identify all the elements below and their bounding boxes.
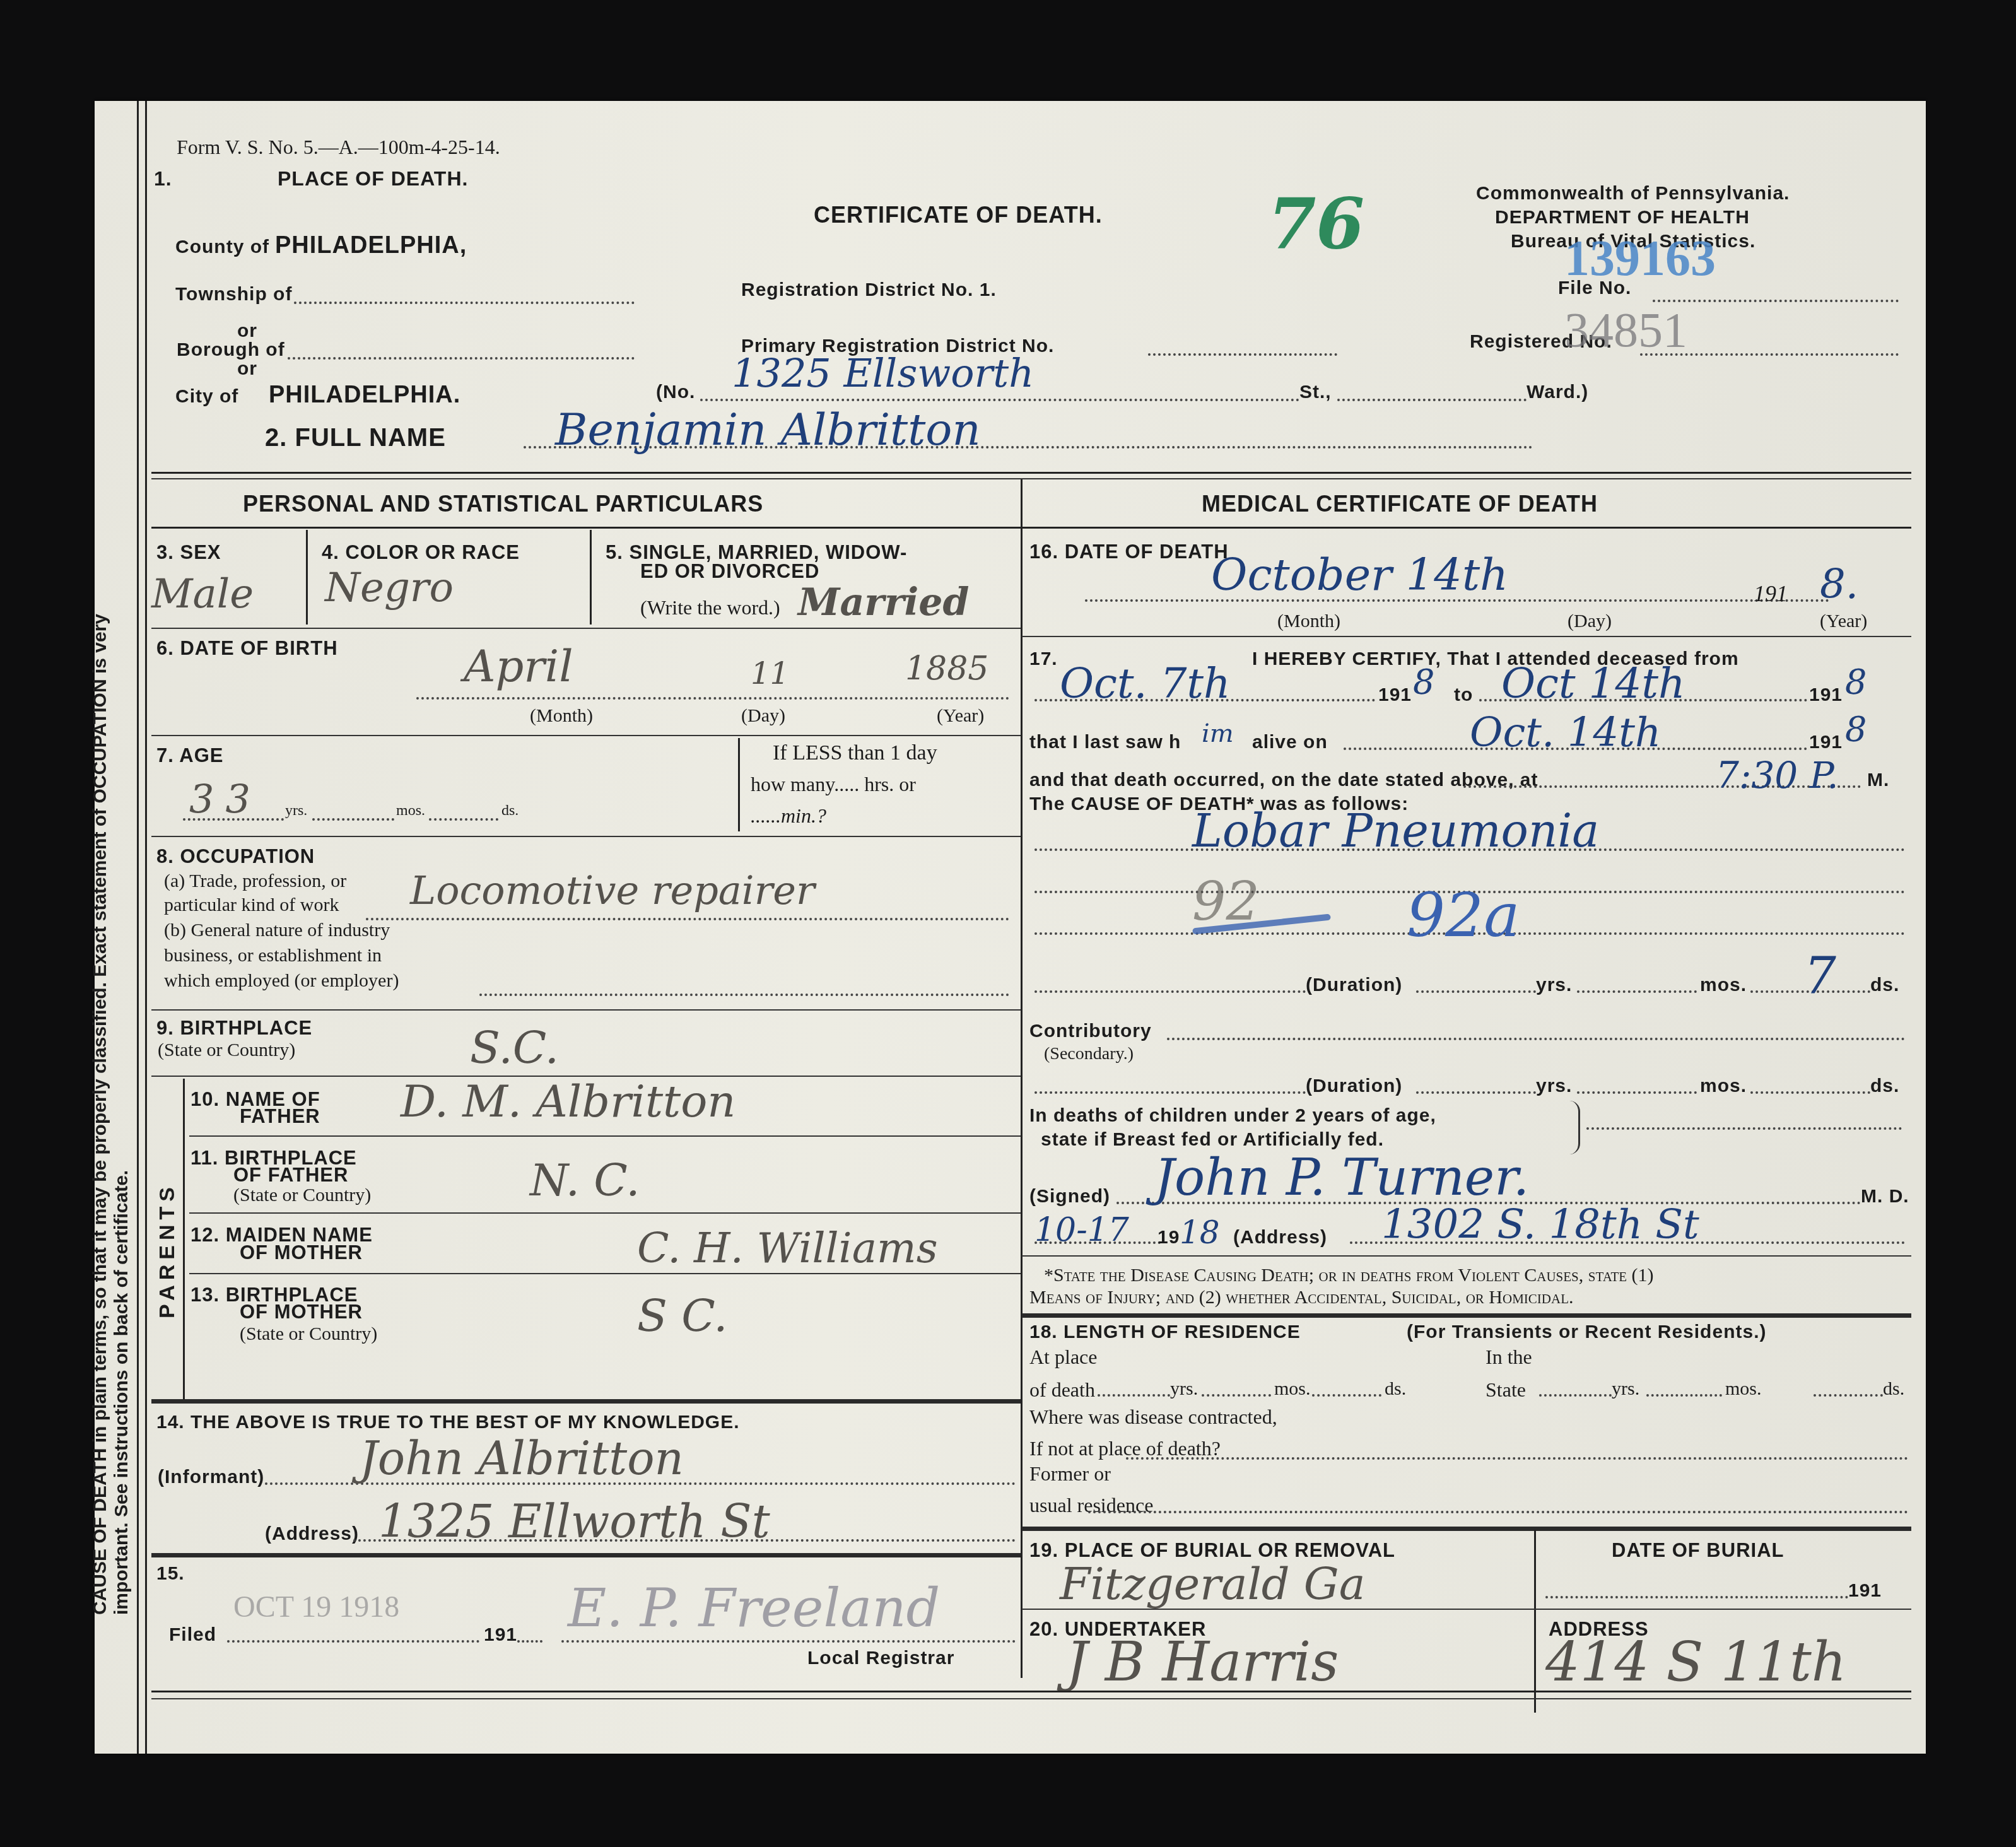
duration-yrs-line	[1416, 990, 1536, 993]
rule-after-burial-place	[1022, 1609, 1911, 1610]
street-line	[700, 399, 1299, 401]
state-mos: mos.	[1725, 1378, 1762, 1400]
dod-month-caption: (Month)	[1277, 611, 1340, 632]
birthplace-value: S.C.	[255, 1022, 559, 1074]
children-note-2: state if Breast fed or Artificially fed.	[1041, 1129, 1384, 1151]
marital-value: Married	[798, 580, 969, 624]
mother-label-2: OF MOTHER	[240, 1241, 363, 1264]
where-contracted-label: Where was disease contracted,	[1029, 1405, 1277, 1429]
borough-line	[288, 357, 635, 360]
bottom-rule-1	[151, 1691, 1911, 1692]
state-yrs-line	[1539, 1394, 1612, 1397]
certify-number: 17.	[1029, 648, 1058, 670]
dod-year-suffix: 8.	[1820, 561, 1858, 608]
last-saw-label-1: that I last saw h	[1029, 732, 1181, 753]
less-than-day-1: If LESS than 1 day	[773, 741, 937, 765]
dod-year-prefix: 191	[1754, 580, 1788, 607]
column-divider	[1021, 479, 1023, 1678]
state-mos-line	[1646, 1394, 1722, 1397]
ward-label: Ward.)	[1527, 382, 1588, 403]
duration2-label: (Duration)	[1306, 1076, 1402, 1097]
street-address-value: 1325 Ellsworth	[732, 350, 1034, 396]
personal-heading-rule	[151, 527, 1021, 529]
rule-after-occupation	[151, 1009, 1021, 1011]
attended-to-year-prefix: 191	[1809, 684, 1843, 706]
rule-before-burial	[1022, 1527, 1911, 1531]
duration-ds-label: ds.	[1870, 975, 1899, 996]
form-id: Form V. S. No. 5.—A.—100m-4-25-14.	[177, 136, 500, 159]
date-of-burial-label: DATE OF BURIAL	[1612, 1539, 1784, 1562]
age-mos-line	[312, 818, 394, 821]
occupation-a-2: particular kind of work	[164, 894, 339, 916]
residence-heading-note: (For Transients or Recent Residents.)	[1407, 1322, 1766, 1343]
informant-address-label: (Address)	[265, 1523, 359, 1545]
father-bp-value: N. C.	[530, 1154, 640, 1206]
ward-line	[1337, 399, 1527, 401]
occupation-b-3: which employed (or employer)	[164, 970, 399, 992]
registrar-label: Local Registrar	[807, 1648, 954, 1669]
section-15-number: 15.	[156, 1563, 185, 1585]
father-bp-label-2: OF FATHER	[233, 1164, 348, 1187]
date-of-burial-year-prefix: 191	[1848, 1580, 1882, 1602]
age-mos-label: mos.	[396, 802, 425, 819]
dob-year: 1885	[905, 650, 988, 688]
divider-top-1	[151, 472, 1911, 474]
state-yrs: yrs.	[1612, 1378, 1639, 1400]
left-border-outer	[137, 101, 139, 1754]
attended-from-line	[1034, 699, 1375, 701]
physician-address-value: 1302 S. 18th St	[1381, 1202, 1699, 1248]
rule-before-informant	[151, 1399, 1021, 1404]
duration-label: (Duration)	[1306, 975, 1402, 996]
section-1-number: 1.	[154, 167, 172, 191]
parents-label: PARENTS	[155, 1182, 180, 1318]
burial-place-value: Fitzgerald Ga	[1060, 1558, 1366, 1610]
date-of-death-label: 16. DATE OF DEATH	[1029, 541, 1229, 563]
medical-heading: MEDICAL CERTIFICATE OF DEATH	[1202, 491, 1598, 517]
or-label-2: or	[237, 358, 257, 380]
st-label: St.,	[1299, 382, 1332, 403]
of-death-ds: ds.	[1385, 1378, 1406, 1400]
md-label: M. D.	[1861, 1186, 1909, 1207]
father-value: D. M. Albritton	[401, 1076, 735, 1127]
date-of-death-line	[1085, 599, 1829, 602]
duration2-ds-line	[1750, 1091, 1870, 1094]
file-no-label: File No.	[1558, 278, 1631, 299]
usual-residence-label: usual residence	[1029, 1494, 1153, 1517]
death-time-value: 7:30 P.	[1716, 754, 1838, 797]
cause-code-blue: 92a	[1407, 880, 1520, 951]
age-yrs-line	[183, 818, 284, 821]
occupation-a-line	[366, 918, 1009, 920]
marital-label-2: ED OR DIVORCED	[640, 560, 819, 583]
less-than-day-3: ......min.?	[751, 804, 826, 828]
informant-label: (Informant)	[158, 1467, 264, 1488]
to-label: to	[1454, 684, 1473, 706]
attended-to-year: 8	[1845, 662, 1867, 702]
full-name-label: 2. FULL NAME	[265, 424, 446, 452]
duration2-mos-line	[1577, 1091, 1697, 1094]
state-label: State	[1486, 1378, 1526, 1402]
rule-before-filing	[151, 1553, 1021, 1557]
contributory-line	[1167, 1038, 1905, 1040]
of-death-yrs-line	[1098, 1394, 1170, 1397]
dob-day: 11	[751, 656, 789, 691]
last-saw-label-2: alive on	[1252, 732, 1328, 753]
rule-after-age	[151, 836, 1021, 837]
sex-label: 3. SEX	[156, 541, 221, 564]
certificate-title: CERTIFICATE OF DEATH.	[814, 202, 1103, 228]
age-label: 7. AGE	[156, 744, 224, 767]
primary-registration-line	[1148, 353, 1337, 356]
less-than-day-2: how many..... hrs. or	[751, 773, 916, 796]
rule-after-father-bp	[189, 1212, 1021, 1214]
last-saw-value: Oct. 14th	[1470, 710, 1661, 756]
filed-label: Filed	[169, 1624, 216, 1646]
usual-residence-line	[1088, 1511, 1908, 1513]
race-label: 4. COLOR OR RACE	[322, 541, 520, 564]
green-pencil-mark: 76	[1268, 183, 1364, 264]
rule-before-footnote	[1022, 1255, 1911, 1257]
physician-signature: John P. Turner.	[1154, 1148, 1529, 1207]
duration2-yrs-label: yrs.	[1536, 1076, 1572, 1097]
attended-from-year-prefix: 191	[1378, 684, 1412, 706]
duration-yrs-label: yrs.	[1536, 975, 1572, 996]
city-label: City of	[175, 386, 238, 408]
county-value: PHILADELPHIA,	[275, 232, 467, 259]
registration-district: Registration District No. 1.	[741, 279, 997, 301]
age-ds-label: ds.	[501, 802, 519, 819]
occupation-a-1: (a) Trade, profession, or	[164, 871, 346, 892]
pm-label: M.	[1867, 770, 1889, 791]
date-of-death-value: October 14th	[1211, 549, 1508, 601]
contributory-label: Contributory	[1029, 1021, 1152, 1042]
dob-month-caption: (Month)	[530, 705, 593, 727]
state-ds: ds.	[1883, 1378, 1904, 1400]
race-divider	[590, 530, 592, 624]
occupation-label: 8. OCCUPATION	[156, 845, 315, 868]
contracted-line	[1126, 1457, 1908, 1460]
rule-after-mother	[189, 1273, 1021, 1274]
bottom-rule-2	[151, 1698, 1911, 1699]
medical-heading-rule	[1022, 527, 1911, 529]
children-bracket	[1569, 1101, 1580, 1154]
occupation-b-1: (b) General nature of industry	[164, 920, 390, 941]
dob-year-caption: (Year)	[937, 705, 984, 727]
occupation-value: Locomotive repairer	[410, 867, 815, 913]
filed-date-stamp: OCT 19 1918	[233, 1590, 399, 1624]
duration2-line	[1034, 1091, 1306, 1094]
dob-month: April	[464, 640, 573, 692]
last-saw-year-prefix: 191	[1809, 732, 1843, 753]
last-saw-him: im	[1202, 719, 1234, 748]
occupation-b-line	[479, 994, 1009, 996]
date-of-burial-line	[1545, 1596, 1848, 1598]
undertaker-address-value: 414 S 11th	[1545, 1631, 1846, 1694]
duration2-ds-label: ds.	[1870, 1076, 1899, 1097]
residence-heading: 18. LENGTH OF RESIDENCE	[1029, 1322, 1301, 1343]
of-death-label: of death	[1029, 1378, 1095, 1402]
personal-heading: PERSONAL AND STATISTICAL PARTICULARS	[243, 491, 763, 517]
township-label: Township of	[175, 284, 292, 305]
sex-value: Male	[151, 571, 254, 618]
dod-day-caption: (Day)	[1568, 611, 1612, 632]
filed-year-prefix: 191	[484, 1624, 517, 1646]
children-feed-line	[1586, 1127, 1902, 1130]
physician-address-label: (Address)	[1233, 1227, 1327, 1248]
filed-year-line	[517, 1640, 542, 1643]
place-of-death-heading: PLACE OF DEATH.	[278, 167, 468, 191]
township-line	[294, 302, 635, 304]
children-note-1: In deaths of children under 2 years of a…	[1029, 1105, 1436, 1127]
informant-address-value: 1325 Ellworth St	[378, 1495, 770, 1548]
race-value: Negro	[325, 565, 454, 611]
informant-heading: 14. THE ABOVE IS TRUE TO THE BEST OF MY …	[156, 1412, 740, 1433]
of-death-yrs: yrs.	[1170, 1378, 1198, 1400]
former-or-label: Former or	[1029, 1462, 1111, 1486]
dob-day-caption: (Day)	[741, 705, 785, 727]
duration-mos-label: mos.	[1700, 975, 1747, 996]
state-ds-line	[1814, 1394, 1883, 1397]
age-divider	[738, 738, 740, 831]
duration-line	[1034, 990, 1306, 993]
registrar-signature: E. P. Freeland	[568, 1577, 940, 1639]
rule-before-residence	[1022, 1313, 1911, 1318]
informant-value: John Albritton	[360, 1432, 684, 1485]
secondary-label: (Secondary.)	[1044, 1044, 1134, 1064]
marital-hint: (Write the word.)	[640, 596, 780, 619]
mother-bp-hint: (State or Country)	[240, 1323, 377, 1345]
registered-number-stamp: 34851	[1564, 302, 1687, 358]
mother-bp-label-2: OF MOTHER	[240, 1301, 363, 1323]
attended-from-year: 8	[1413, 662, 1434, 702]
age-ds-line	[429, 818, 498, 821]
issuer-line2: DEPARTMENT OF HEALTH	[1495, 207, 1750, 228]
issuer-line1: Commonwealth of Pennsylvania.	[1476, 183, 1790, 204]
rule-after-father	[189, 1135, 1021, 1137]
of-death-mos-line	[1202, 1394, 1271, 1397]
borough-label: Borough of	[177, 339, 285, 361]
father-bp-hint: (State or Country)	[233, 1185, 371, 1206]
filed-line	[227, 1640, 479, 1643]
rule-after-row3	[151, 628, 1021, 629]
full-name-value: Benjamin Albritton	[555, 404, 981, 455]
occupation-b-2: business, or establishment in	[164, 945, 382, 966]
last-saw-year: 8	[1845, 710, 1867, 749]
street-no-label: (No.	[656, 382, 695, 403]
of-death-mos: mos.	[1274, 1378, 1311, 1400]
registrar-line	[561, 1640, 1016, 1643]
divider-top-2	[151, 478, 1911, 479]
at-place-label: At place	[1029, 1346, 1098, 1369]
duration2-yrs-line	[1416, 1091, 1536, 1094]
dob-label: 6. DATE OF BIRTH	[156, 637, 338, 660]
footnote-line1: *State the Disease Causing Death; or in …	[1044, 1265, 1654, 1286]
parents-divider	[183, 1079, 185, 1400]
mother-value: C. H. Williams	[637, 1224, 938, 1272]
duration-mos-line	[1577, 990, 1697, 993]
rule-after-dod	[1022, 636, 1911, 637]
footnote-line2: Means of Injury; and (2) whether Acciden…	[1029, 1287, 1573, 1308]
or-label-1: or	[237, 320, 257, 342]
margin-note-line2: important. See instructions on back of c…	[111, 1170, 132, 1615]
signed-date-line	[1034, 1241, 1161, 1244]
signed-year-suffix: 18	[1180, 1214, 1220, 1251]
signed-label: (Signed)	[1029, 1186, 1110, 1207]
margin-note-line1: CAUSE OF DEATH in plain terms, so that i…	[90, 614, 111, 1615]
county-label: County of	[175, 237, 269, 258]
undertaker-value: J B Harris	[1066, 1631, 1339, 1694]
in-the-label: In the	[1486, 1346, 1532, 1369]
age-years-value: 33	[189, 776, 262, 822]
of-death-ds-line	[1312, 1394, 1381, 1397]
mother-bp-value: S C.	[637, 1290, 728, 1342]
file-no-line	[1653, 300, 1899, 302]
dob-line	[416, 697, 1009, 700]
city-value: PHILADELPHIA.	[269, 382, 460, 409]
sex-divider	[306, 530, 308, 624]
cause-line-1	[1034, 848, 1905, 851]
attended-to-value: Oct 14th	[1501, 659, 1685, 708]
dod-year-caption: (Year)	[1820, 611, 1867, 632]
signed-year-prefix: 19	[1157, 1227, 1180, 1248]
burial-divider	[1534, 1530, 1536, 1713]
left-border-inner	[145, 101, 147, 1754]
rule-after-dob	[151, 735, 1021, 736]
age-yrs-label: yrs.	[285, 802, 307, 819]
duration2-mos-label: mos.	[1700, 1076, 1747, 1097]
death-occurred-label: and that death occurred, on the date sta…	[1029, 770, 1538, 791]
duration-days-value: 7	[1804, 946, 1836, 1005]
father-label-2: FATHER	[240, 1105, 320, 1128]
